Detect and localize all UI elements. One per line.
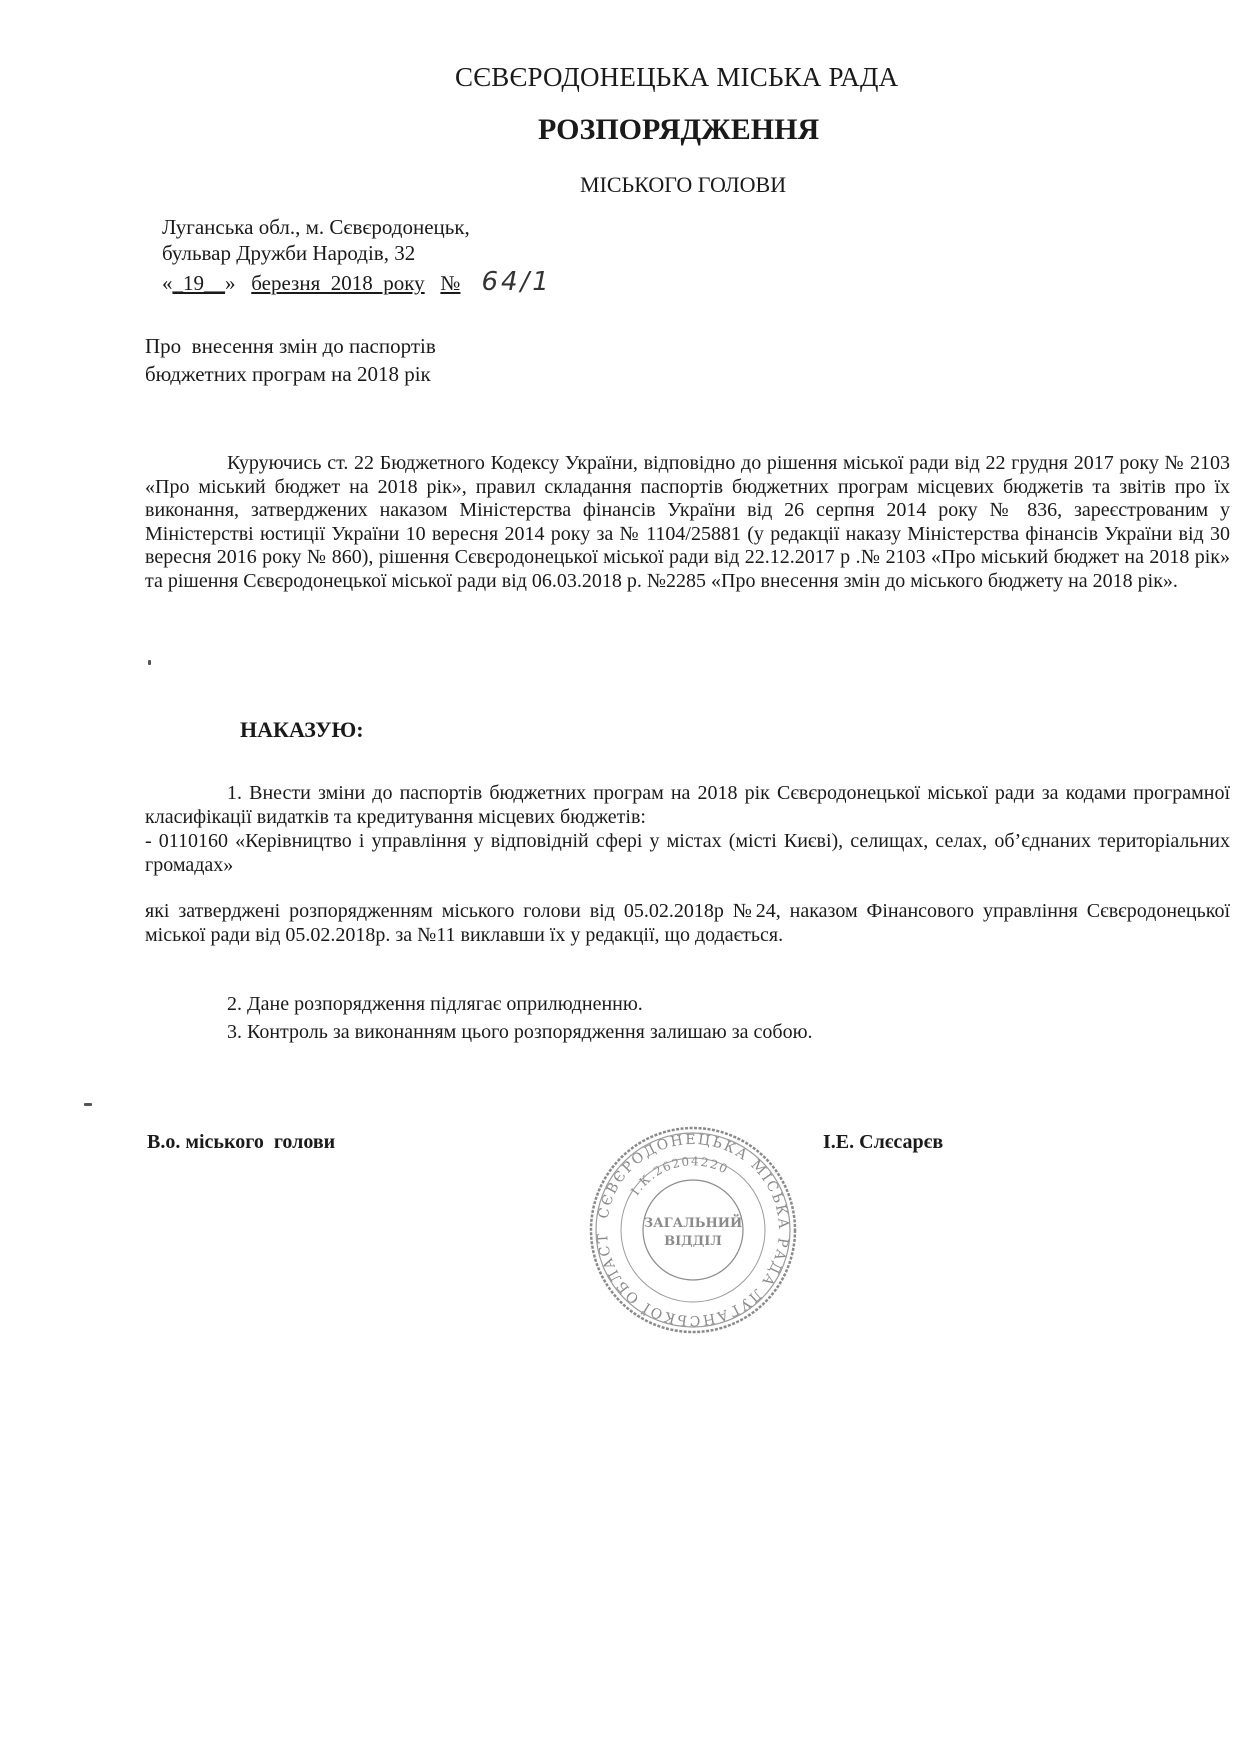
handwritten-document-number: 64/1 [481, 267, 551, 297]
scan-speck [148, 660, 151, 665]
stamp-seal-icon: СЄВЄРОДОНЕЦЬКА МІСЬКА РАДА ЛУГАНСЬКОЇ ОБ… [588, 1125, 798, 1335]
signatory-name: І.Е. Слєсарєв [823, 1131, 943, 1154]
preamble-paragraph: Куруючись ст. 22 Бюджетного Кодексу Укра… [145, 452, 1230, 593]
subject-line-2: бюджетних програм на 2018 рік [145, 360, 436, 388]
item-3: 3. Контроль за виконанням цього розпоряд… [145, 1021, 1230, 1045]
order-heading: НАКАЗУЮ: [240, 717, 364, 743]
scan-speck [84, 1103, 92, 1106]
svg-text:ЗАГАЛЬНИЙ: ЗАГАЛЬНИЙ [644, 1214, 743, 1231]
svg-text:ВІДДІЛ: ВІДДІЛ [664, 1234, 722, 1249]
item-2: 2. Дане розпорядження підлягає оприлюдне… [145, 993, 1230, 1017]
item-1-intro: 1. Внести зміни до паспортів бюджетних п… [145, 782, 1230, 829]
document-type-title: РОЗПОРЯДЖЕННЯ [538, 113, 819, 147]
number-sign: № [440, 271, 460, 295]
official-stamp: СЄВЄРОДОНЕЦЬКА МІСЬКА РАДА ЛУГАНСЬКОЇ ОБ… [588, 1125, 798, 1335]
signatory-position: В.о. міського голови [147, 1131, 335, 1154]
address-line-2: бульвар Дружби Народів, 32 [162, 241, 415, 266]
subject-block: Про внесення змін до паспортів бюджетних… [145, 332, 436, 388]
issuer-title: МІСЬКОГО ГОЛОВИ [580, 172, 786, 198]
date-close-quote: » [225, 271, 236, 295]
date-number-line: «_19__» березня 2018 року № 64/1 [162, 267, 552, 297]
date-day: _19__ [173, 271, 226, 295]
item-1-program-code: - 0110160 «Керівництво і управління у ві… [145, 830, 1230, 877]
council-name: СЄВЄРОДОНЕЦЬКА МІСЬКА РАДА [455, 62, 898, 93]
address-line-1: Луганська обл., м. Сєвєродонецьк, [162, 215, 470, 240]
item-1-approval-note: які затверджені розпорядженням міського … [145, 900, 1230, 947]
subject-line-1: Про внесення змін до паспортів [145, 332, 436, 360]
date-month-year: березня 2018 року [251, 271, 424, 295]
date-open-quote: « [162, 271, 173, 295]
